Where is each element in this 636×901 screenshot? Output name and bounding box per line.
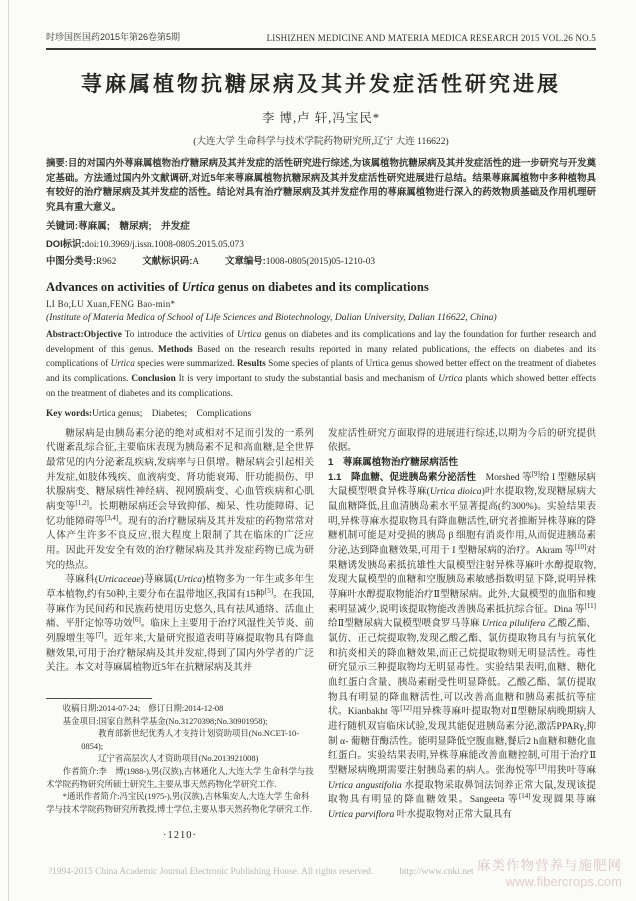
keywords-cn: 关键词:荨麻属; 糖尿病; 并发症 <box>46 218 596 232</box>
abstract-cn-label: 摘要: <box>46 157 68 168</box>
article-no-value: 1008-0805(2015)05-1210-03 <box>266 257 375 267</box>
abstract-conclusion-label: 结论 <box>217 186 236 197</box>
doc-code-group: 文献标识码:A <box>142 253 199 267</box>
keywords-cn-label: 关键词: <box>46 221 78 232</box>
clc-value: R962 <box>96 257 116 267</box>
footnote-corresponding-author: *通讯作者简介:冯宝民(1975-),男(汉族),吉林集安人,大连大学 生命科学… <box>46 791 314 816</box>
footnote-fund-1: 基金项目:国家自然科学基金(No.31270398;No.30901958); <box>46 716 314 729</box>
watermark-site-url: www.fibercrops.com <box>477 874 622 891</box>
footnote-author-bio: 作者简介:李 博(1988-),男(汉族),吉林通化人,大连大学 生命科学与技术… <box>46 766 314 791</box>
journal-header-cn: 时珍国医国药2015年第26卷第5期 <box>46 30 180 43</box>
abstract-en: Abstract:Objective To introduce the acti… <box>46 328 596 401</box>
article-title-cn: 荨麻属植物抗糖尿病及其并发症活性研究进展 <box>46 68 596 98</box>
keywords-cn-text: 荨麻属; 糖尿病; 并发症 <box>78 221 190 232</box>
journal-header-en: LISHIZHEN MEDICINE AND MATERIA MEDICA RE… <box>267 33 596 43</box>
footer-copyright: ?1994-2015 China Academic Journal Electr… <box>48 867 474 877</box>
affiliation-cn: (大连大学 生命科学与技术学院药物研究所,辽宁 大连 116622) <box>46 133 596 147</box>
authors-cn: 李 博,卢 轩,冯宝民* <box>46 108 596 126</box>
abstract-methods-text: 通过国内外文献调研,对近5年来荨麻属植物抗糖尿病及其并发症活性研究进展进行总结。 <box>103 172 472 183</box>
scan-edge-line <box>8 0 9 901</box>
watermark: 麻类作物营养与施肥网 www.fibercrops.com <box>477 857 622 891</box>
article-title-en: Advances on activities of Urtica genus o… <box>46 280 596 295</box>
page-number: ·1210· <box>46 828 314 844</box>
doc-code-label: 文献标识码: <box>142 255 192 266</box>
abstract-methods-label: 方法 <box>84 172 103 183</box>
body-columns: 糖尿病是由胰岛素分泌的绝对或相对不足而引发的一系列代谢紊乱综合征,主要临床表现为… <box>46 427 596 845</box>
body-right-column: 发症活性研究方面取得的进展进行综述,以期为今后的研究提供依据。 1 荨麻属植物治… <box>328 427 596 845</box>
article-no-label: 文章编号: <box>225 255 266 266</box>
doi-line: DOI标识:doi:10.3969/j.issn.1008-0805.2015.… <box>46 236 596 250</box>
affiliation-en: (Institute of Materia Medica of School o… <box>46 311 596 325</box>
article-no-group: 文章编号:1008-0805(2015)05-1210-03 <box>225 253 375 267</box>
footnote-rule <box>46 698 152 699</box>
classification-line: 中图分类号:R962 文献标识码:A 文章编号:1008-0805(2015)0… <box>46 253 596 267</box>
keywords-en: Key words:Urtica genus; Diabetes; Compli… <box>46 405 596 419</box>
body-paragraph-1-1: 1.1 降血糖、促进胰岛素分泌活性 Morshed 等[9]给 I 型糖尿病大鼠… <box>328 471 596 823</box>
footnote-received-date: 收稿日期:2014-07-24; 修订日期:2014-12-08 <box>46 703 314 716</box>
abstract-objective-label: 目的 <box>68 157 87 168</box>
journal-header: 时珍国医国药2015年第26卷第5期 LISHIZHEN MEDICINE AN… <box>46 30 596 50</box>
authors-en: LI Bo,LU Xuan,FENG Bao-min* <box>46 299 596 309</box>
watermark-site-name: 麻类作物营养与施肥网 <box>477 857 622 875</box>
doi-value: doi:10.3969/j.issn.1008-0805.2015.05.073 <box>85 240 244 250</box>
journal-page: 时珍国医国药2015年第26卷第5期 LISHIZHEN MEDICINE AN… <box>0 0 636 901</box>
footer-copyright-text: ?1994-2015 China Academic Journal Electr… <box>48 867 373 877</box>
section-1-heading: 1 荨麻属植物治疗糖尿病活性 <box>328 456 596 471</box>
footnote-fund-2: 教育部新世纪优秀人才支持计划资助项目(No.NCET-10-0854); <box>46 728 314 753</box>
body-left-column: 糖尿病是由胰岛素分泌的绝对或相对不足而引发的一系列代谢紊乱综合征,主要临床表现为… <box>46 427 314 845</box>
doi-label: DOI标识: <box>46 238 85 249</box>
doc-code-value: A <box>192 257 199 267</box>
body-paragraph-continuation: 发症活性研究方面取得的进展进行综述,以期为今后的研究提供依据。 <box>328 427 596 456</box>
abstract-results-label: 结果 <box>472 172 491 183</box>
abstract-cn: 摘要:目的对国内外荨麻属植物治疗糖尿病及其并发症的活性研究进行综述,为该属植物抗… <box>46 156 596 215</box>
clc-group: 中图分类号:R962 <box>46 253 116 267</box>
footnote-block: 收稿日期:2014-07-24; 修订日期:2014-12-08 基金项目:国家… <box>46 698 314 816</box>
body-paragraph-intro: 糖尿病是由胰岛素分泌的绝对或相对不足而引发的一系列代谢紊乱综合征,主要临床表现为… <box>46 427 314 574</box>
footer-url: http://www.cnki.net <box>399 867 473 877</box>
footnote-fund-3: 辽宁省高层次人才资助项目(No.2013921008) <box>46 753 314 766</box>
body-paragraph-genus: 荨麻科(Urticaceae)荨麻属(Urtica)植物多为一年生或多年生草本植… <box>46 573 314 676</box>
clc-label: 中图分类号: <box>46 255 96 266</box>
